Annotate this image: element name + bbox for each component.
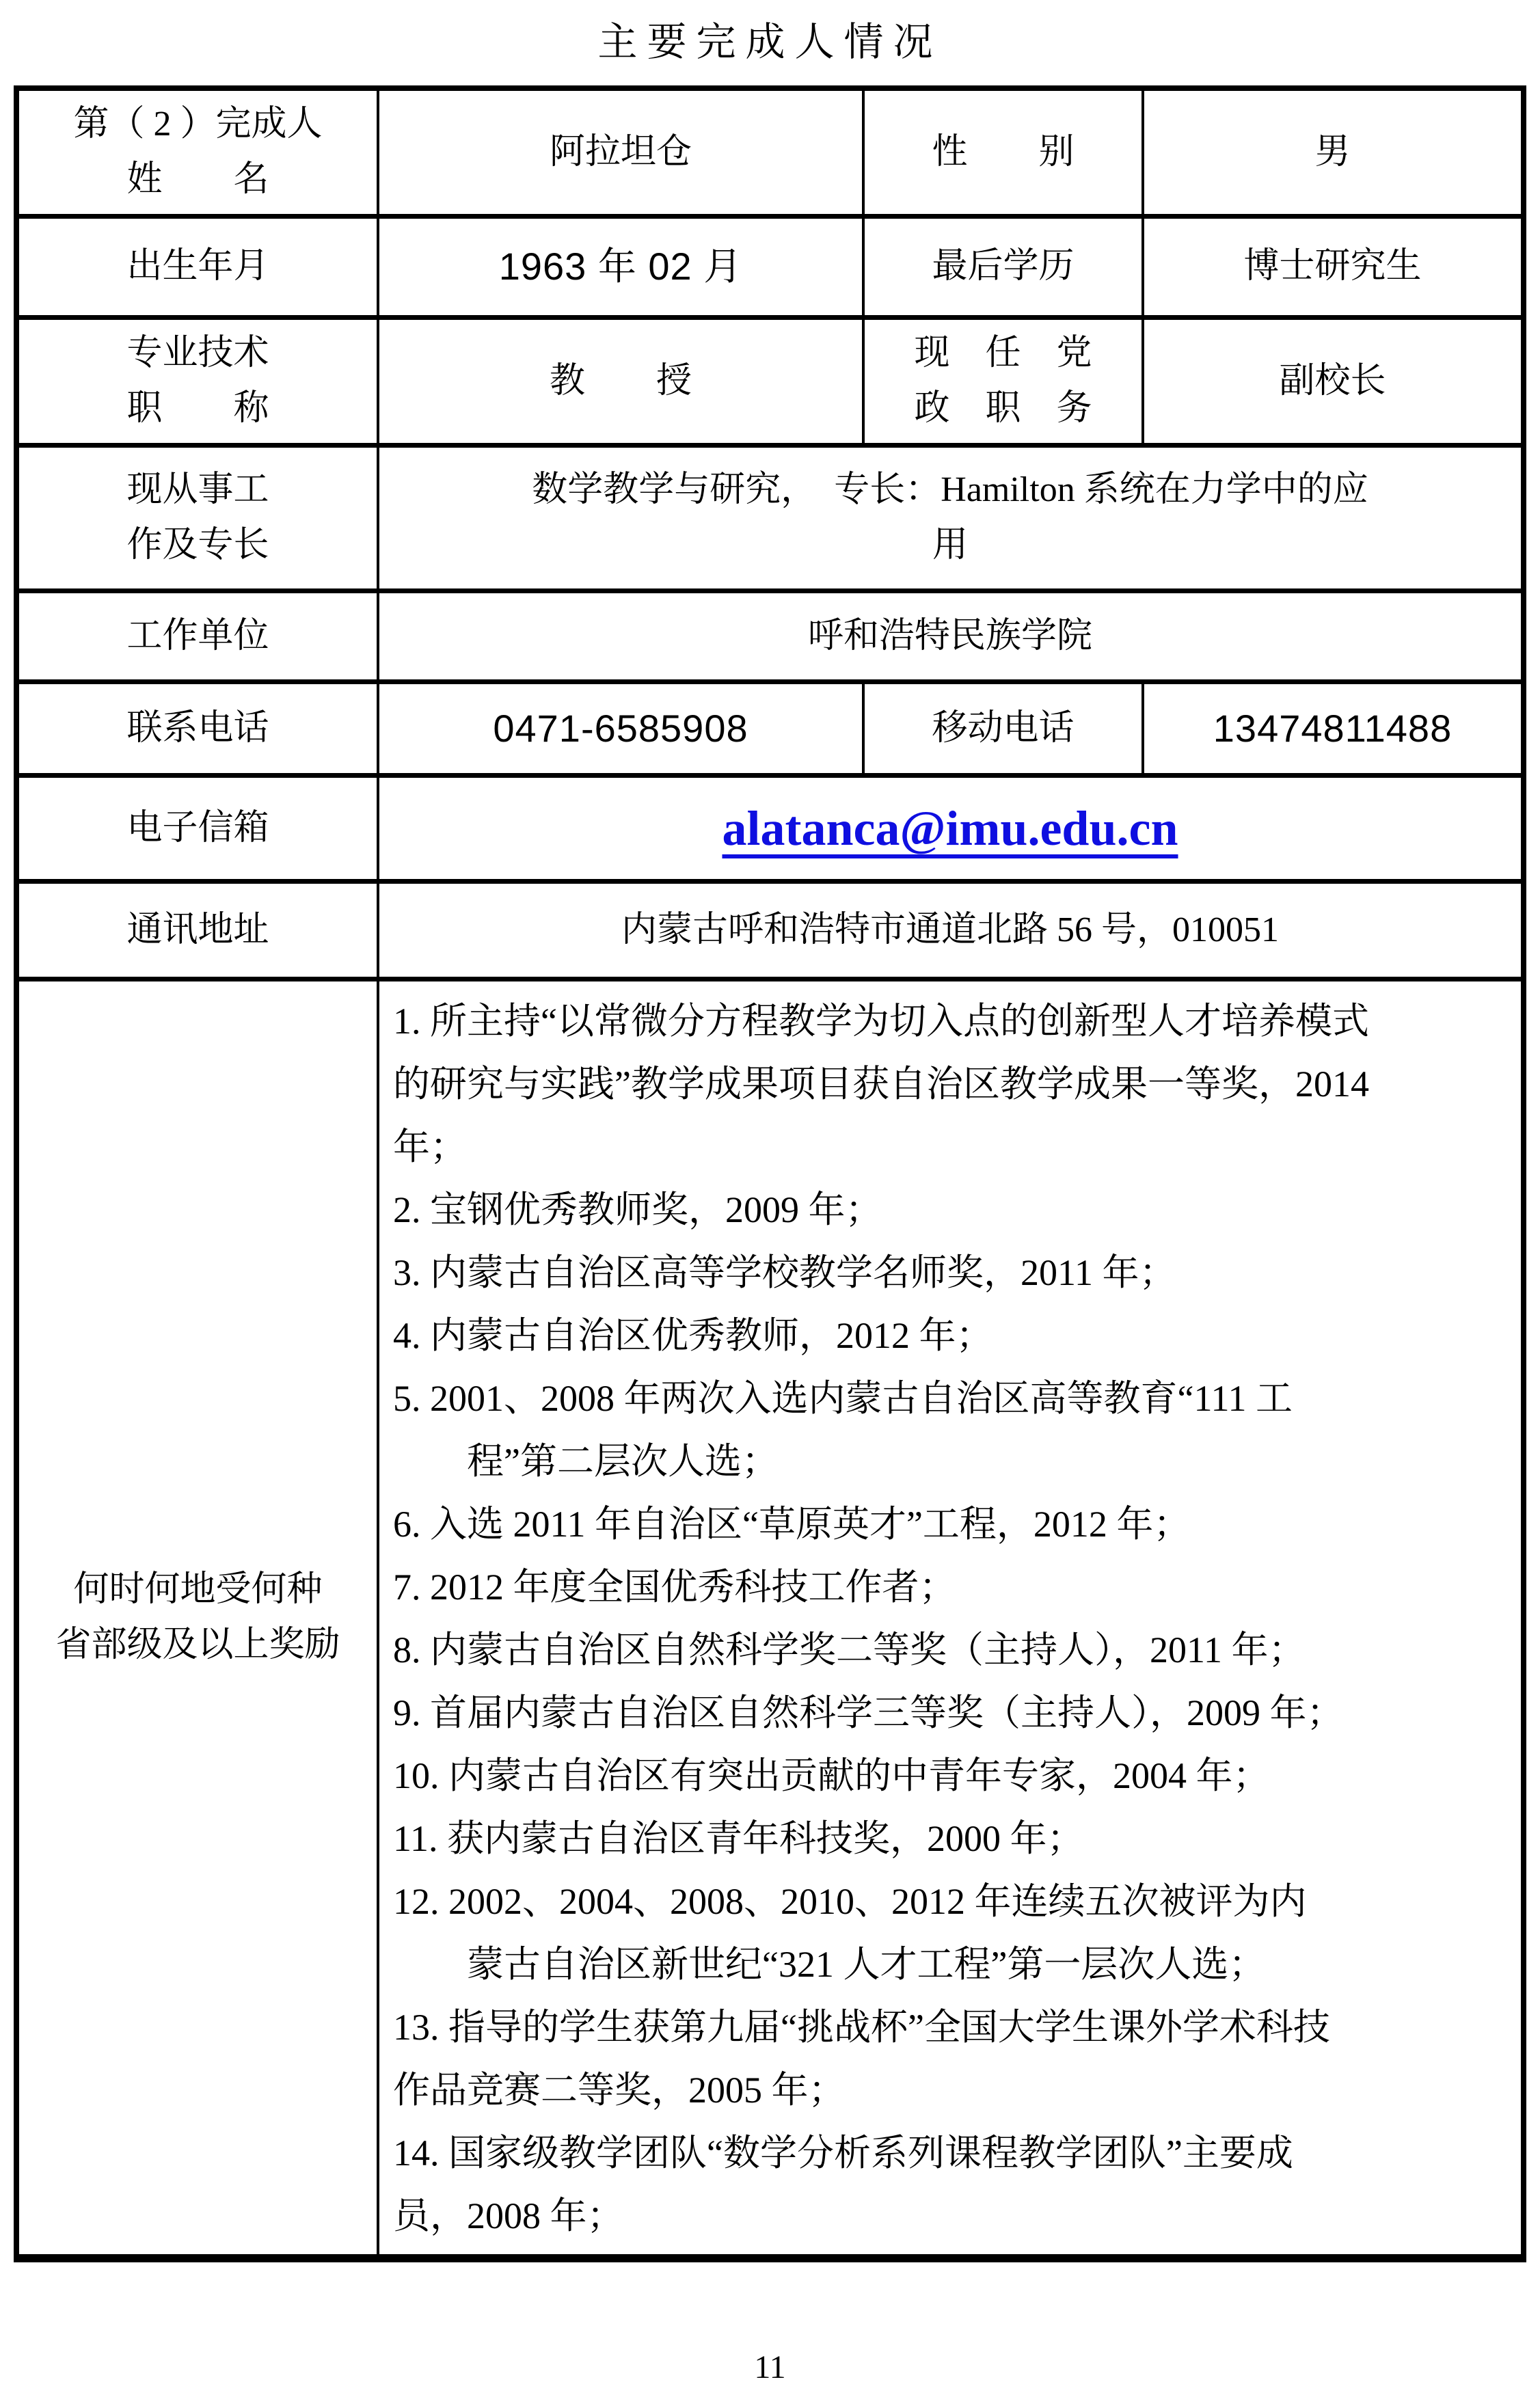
email-value-cell: alatanca@imu.edu.cn	[379, 778, 1521, 879]
education-label-cell: 最后学历	[865, 219, 1144, 315]
name-label-line1: 第（ 2 ）完成人	[73, 97, 322, 152]
title-label-cell: 专业技术 职 称	[19, 320, 379, 443]
birth-value: 1963 年 02 月	[499, 237, 743, 297]
award-line: 员，2008 年；	[393, 2184, 624, 2247]
unit-label-cell: 工作单位	[19, 593, 379, 679]
birth-value-cell: 1963 年 02 月	[379, 219, 865, 315]
phone-value: 0471-6585908	[493, 699, 748, 759]
work-value-cell: 数学教学与研究， 专长：Hamilton 系统在力学中的应 用	[379, 448, 1521, 588]
award-line: 作品竞赛二等奖，2005 年；	[393, 2059, 846, 2122]
award-line: 11. 获内蒙古自治区青年科技奖，2000 年；	[393, 1807, 1084, 1870]
row-awards: 何时何地受何种 省部级及以上奖励 1. 所主持“以常微分方程教学为切入点的创新型…	[19, 981, 1521, 2254]
awards-label-line2: 省部级及以上奖励	[55, 1618, 340, 1673]
education-label: 最后学历	[932, 239, 1074, 295]
row-phones: 联系电话 0471-6585908 移动电话 13474811488	[19, 684, 1521, 778]
name-value-cell: 阿拉坦仓	[379, 91, 865, 214]
award-line: 4. 内蒙古自治区优秀教师，2012 年；	[393, 1304, 993, 1367]
mobile-value-cell: 13474811488	[1144, 684, 1521, 773]
awards-label-cell: 何时何地受何种 省部级及以上奖励	[19, 981, 379, 2254]
row-birth-education: 出生年月 1963 年 02 月 最后学历 博士研究生	[19, 219, 1521, 320]
mobile-label: 移动电话	[932, 701, 1074, 757]
award-line: 2. 宝钢优秀教师奖，2009 年；	[393, 1178, 882, 1241]
award-line: 蒙古自治区新世纪“321 人才工程”第一层次人选；	[393, 1933, 1265, 1996]
row-address: 通讯地址 内蒙古呼和浩特市通道北路 56 号，010051	[19, 884, 1521, 981]
phone-label: 联系电话	[126, 701, 269, 757]
completer-info-table: 第（ 2 ）完成人 姓 名 阿拉坦仓 性 别 男 出生年月 1963 年 02 …	[14, 85, 1526, 2262]
title-value: 教 授	[550, 354, 692, 409]
page-number: 11	[0, 2348, 1540, 2386]
duty-value: 副校长	[1279, 354, 1386, 409]
award-line: 9. 首届内蒙古自治区自然科学三等奖（主持人），2009 年；	[393, 1681, 1344, 1744]
mobile-label-cell: 移动电话	[865, 684, 1144, 773]
address-value: 内蒙古呼和浩特市通道北路 56 号，010051	[621, 903, 1279, 958]
work-value-line2: 用	[932, 518, 968, 573]
unit-value-cell: 呼和浩特民族学院	[379, 593, 1521, 679]
gender-value: 男	[1314, 125, 1350, 180]
work-label-cell: 现从事工 作及专长	[19, 448, 379, 588]
education-value: 博士研究生	[1243, 239, 1421, 295]
address-label-cell: 通讯地址	[19, 884, 379, 977]
name-label-cell: 第（ 2 ）完成人 姓 名	[19, 91, 379, 214]
email-link[interactable]: alatanca@imu.edu.cn	[722, 799, 1178, 858]
title-label-line2: 职 称	[126, 381, 269, 437]
award-line: 6. 入选 2011 年自治区“草原英才”工程，2012 年；	[393, 1493, 1190, 1556]
award-line: 7. 2012 年度全国优秀科技工作者；	[393, 1556, 956, 1619]
birth-label-cell: 出生年月	[19, 219, 379, 315]
row-name-gender: 第（ 2 ）完成人 姓 名 阿拉坦仓 性 别 男	[19, 91, 1521, 219]
work-value-line1: 数学教学与研究， 专长：Hamilton 系统在力学中的应	[532, 463, 1368, 518]
title-value-cell: 教 授	[379, 320, 865, 443]
award-line: 年；	[393, 1115, 467, 1178]
duty-label-cell: 现 任 党 政 职 务	[865, 320, 1144, 443]
address-label: 通讯地址	[126, 903, 269, 958]
award-line: 3. 内蒙古自治区高等学校教学名师奖，2011 年；	[393, 1241, 1176, 1304]
award-line: 8. 内蒙古自治区自然科学奖二等奖（主持人），2011 年；	[393, 1619, 1306, 1681]
duty-label-line2: 政 职 务	[914, 381, 1092, 437]
award-line: 程”第二层次人选；	[393, 1430, 779, 1493]
row-work-unit: 工作单位 呼和浩特民族学院	[19, 593, 1521, 684]
name-label-line2: 姓 名	[126, 152, 269, 208]
education-value-cell: 博士研究生	[1144, 219, 1521, 315]
email-label: 电子信箱	[126, 801, 269, 856]
awards-label-line1: 何时何地受何种	[73, 1562, 322, 1618]
award-line: 12. 2002、2004、2008、2010、2012 年连续五次被评为内	[393, 1870, 1307, 1933]
award-line: 的研究与实践”教学成果项目获自治区教学成果一等奖，2014	[393, 1053, 1369, 1115]
unit-value: 呼和浩特民族学院	[808, 609, 1092, 664]
award-line: 5. 2001、2008 年两次入选内蒙古自治区高等教育“111 工	[393, 1367, 1293, 1430]
award-line: 14. 国家级教学团队“数学分析系列课程教学团队”主要成	[393, 2122, 1293, 2184]
title-label-line1: 专业技术	[126, 326, 269, 381]
work-label-line1: 现从事工	[126, 463, 269, 518]
email-label-cell: 电子信箱	[19, 778, 379, 879]
name-value: 阿拉坦仓	[550, 125, 692, 180]
award-line: 1. 所主持“以常微分方程教学为切入点的创新型人才培养模式	[393, 990, 1369, 1053]
work-label-line2: 作及专长	[126, 518, 269, 573]
gender-label-cell: 性 别	[865, 91, 1144, 214]
page-title: 主要完成人情况	[0, 10, 1540, 67]
row-email: 电子信箱 alatanca@imu.edu.cn	[19, 778, 1521, 884]
gender-value-cell: 男	[1144, 91, 1521, 214]
gender-label: 性 别	[932, 125, 1074, 180]
address-value-cell: 内蒙古呼和浩特市通道北路 56 号，010051	[379, 884, 1521, 977]
award-line: 10. 内蒙古自治区有突出贡献的中青年专家，2004 年；	[393, 1744, 1270, 1807]
award-list: 1. 所主持“以常微分方程教学为切入点的创新型人才培养模式的研究与实践”教学成果…	[379, 981, 1521, 2254]
phone-value-cell: 0471-6585908	[379, 684, 865, 773]
unit-label: 工作单位	[126, 609, 269, 664]
mobile-value: 13474811488	[1213, 699, 1452, 759]
duty-value-cell: 副校长	[1144, 320, 1521, 443]
row-current-work: 现从事工 作及专长 数学教学与研究， 专长：Hamilton 系统在力学中的应 …	[19, 448, 1521, 593]
duty-label-line1: 现 任 党	[914, 326, 1092, 381]
award-line: 13. 指导的学生获第九届“挑战杯”全国大学生课外学术科技	[393, 1996, 1330, 2059]
row-title-duty: 专业技术 职 称 教 授 现 任 党 政 职 务 副校长	[19, 320, 1521, 448]
birth-label: 出生年月	[126, 239, 269, 295]
phone-label-cell: 联系电话	[19, 684, 379, 773]
